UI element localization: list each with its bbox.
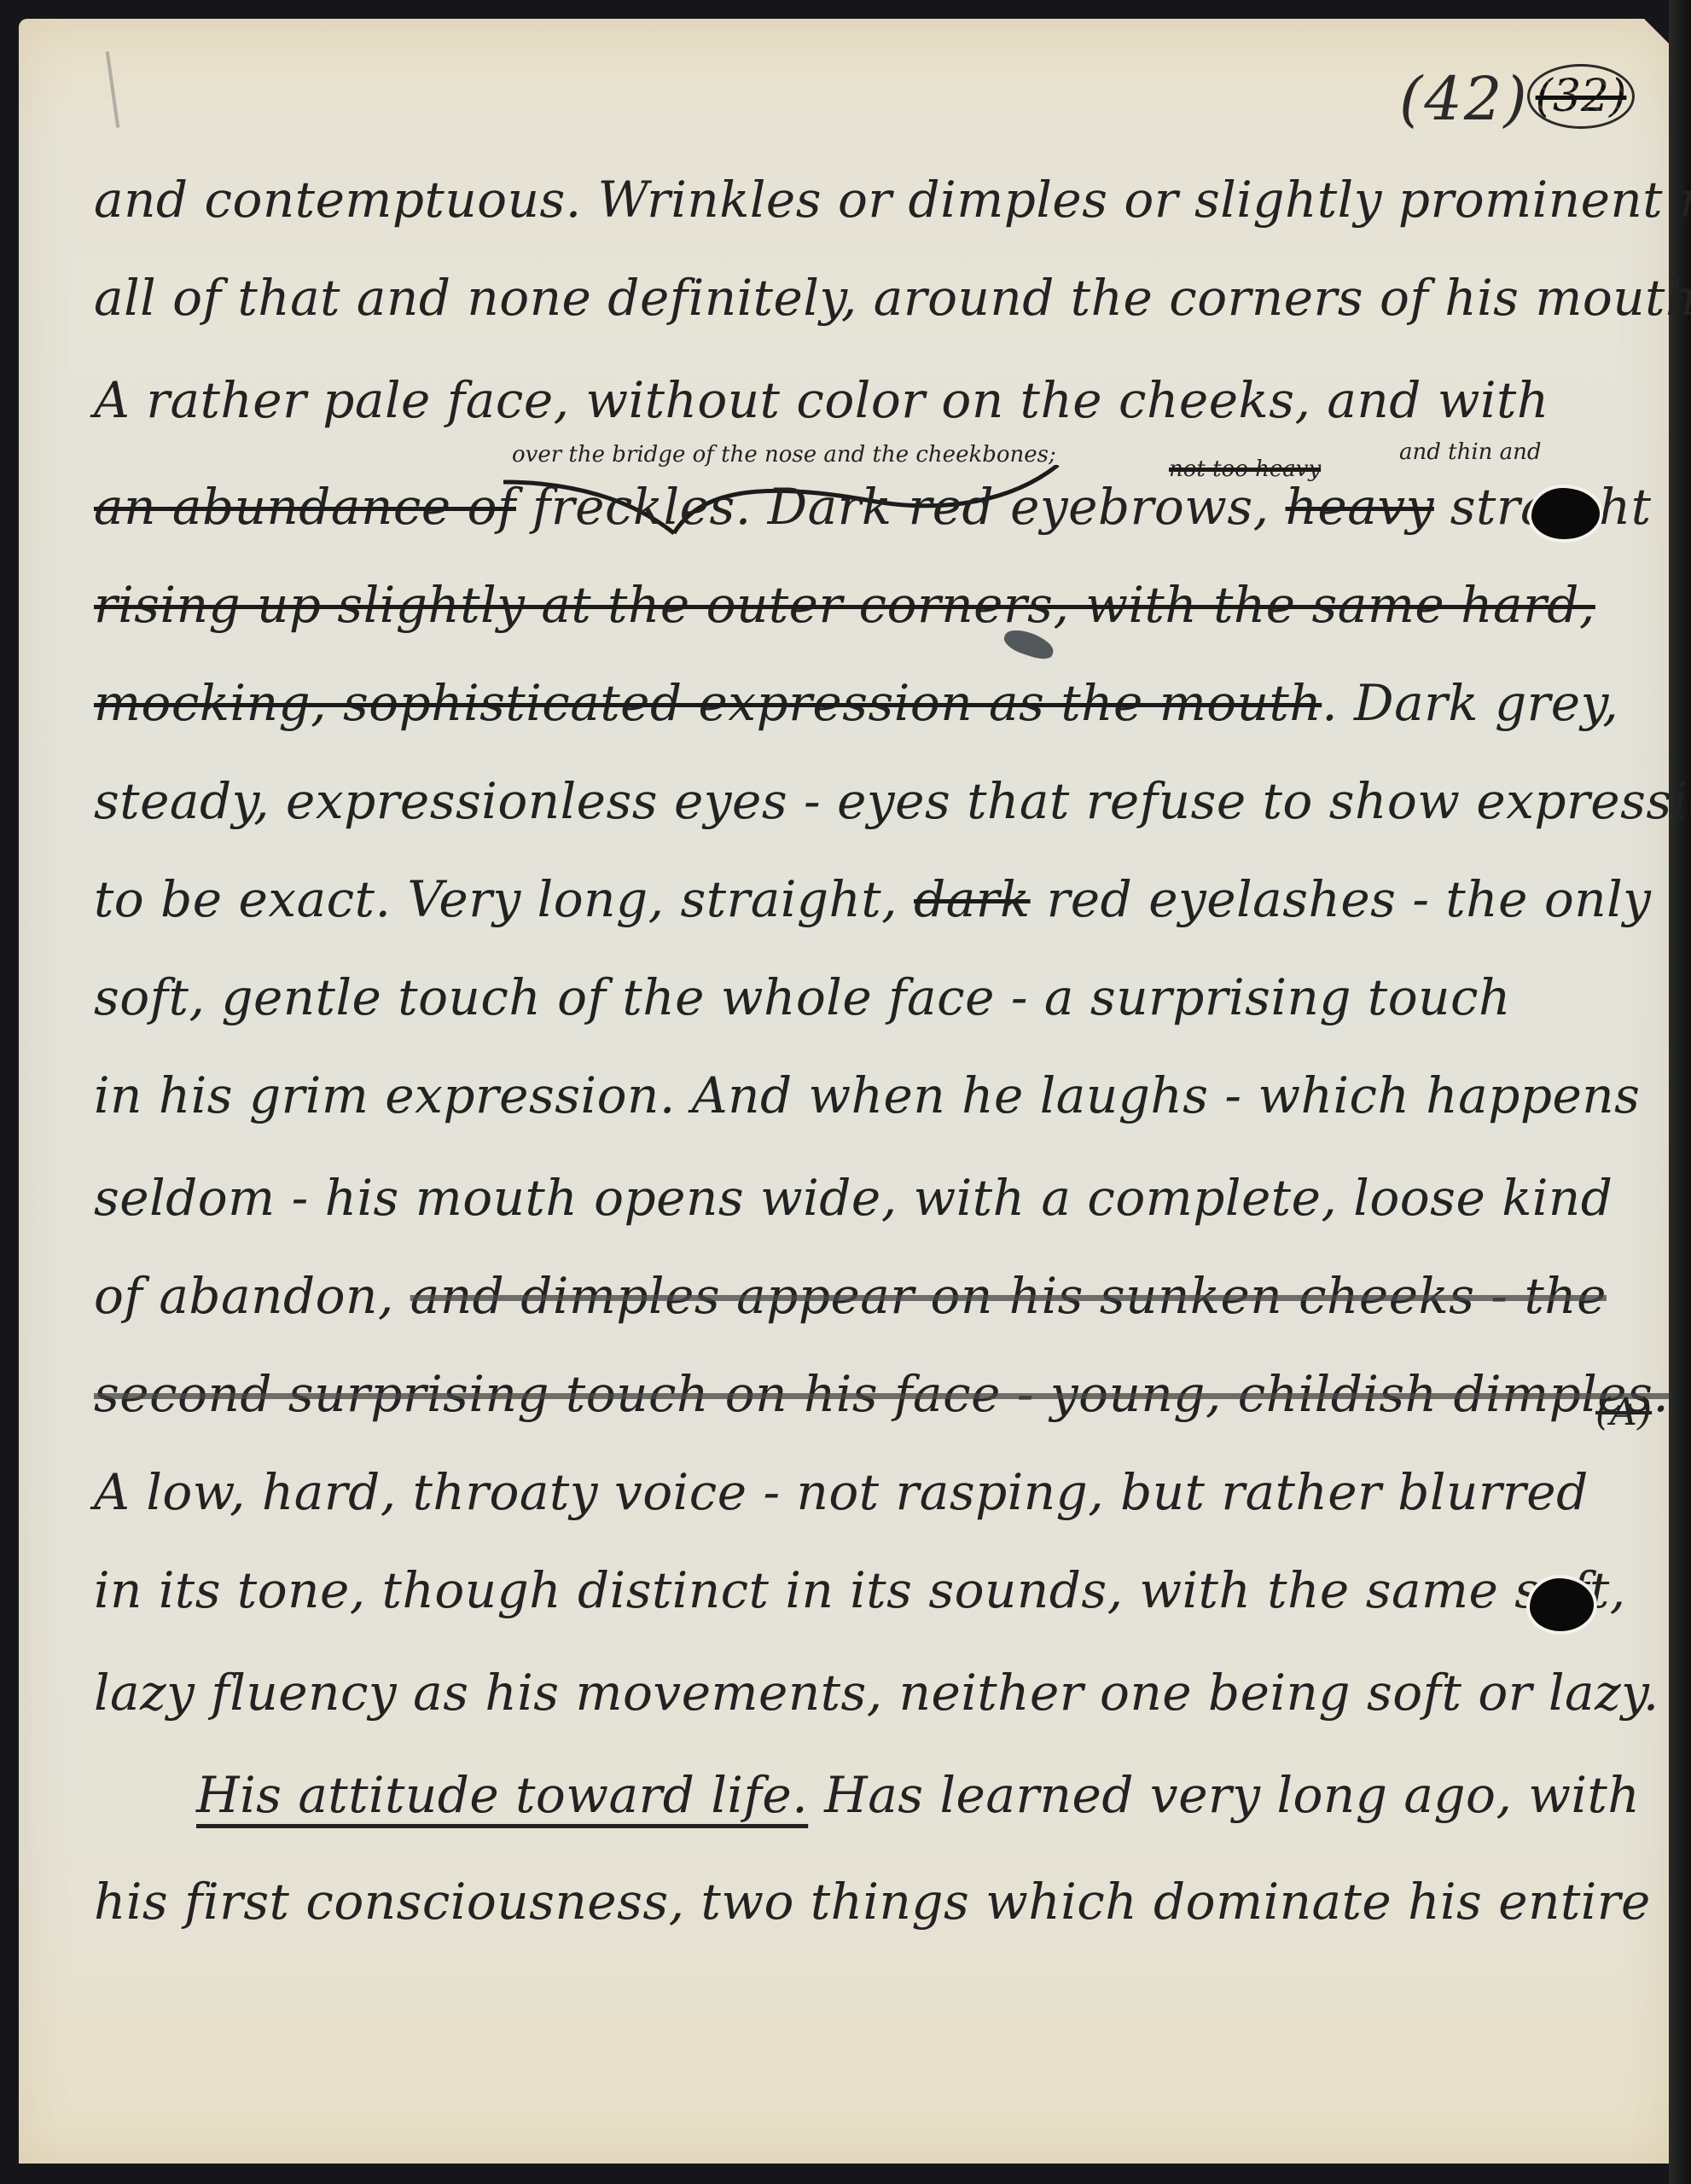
manuscript-line-15: in its tone, though distinct in its soun… [94, 1561, 1630, 1619]
manuscript-line-11: seldom - his mouth opens wide, with a co… [94, 1169, 1630, 1227]
paper-hole [1530, 1578, 1594, 1631]
page-number: (42) [1399, 64, 1529, 134]
line-text: to be exact. Very long, straight, [94, 870, 898, 928]
manuscript-line-13: second surprising touch on his face - yo… [94, 1365, 1630, 1423]
manuscript-line-1: and contemptuous. Wrinkles or dimples or… [94, 171, 1630, 229]
struck-text: rising up slightly at the outer corners,… [94, 576, 1595, 634]
struck-text: heavy [1286, 478, 1434, 536]
manuscript-line-5: rising up slightly at the outer corners,… [94, 576, 1630, 634]
manuscript-line-14: A low, hard, throaty voice - not rasping… [94, 1463, 1630, 1521]
line-text: . Dark grey, [1322, 674, 1618, 732]
line-text: A low, hard, throaty voice - not rasping… [94, 1463, 1589, 1521]
line-text: steady, expressionless eyes - eyes that … [94, 772, 1691, 830]
manuscript-line-7: steady, expressionless eyes - eyes that … [94, 772, 1630, 830]
line-text: A rather pale face, without color on the… [94, 371, 1549, 429]
struck-text: mocking, sophisticated expression as the… [94, 674, 1322, 732]
struck-text: an abundance of [94, 478, 516, 536]
line-text: lazy fluency as his movements, neither o… [94, 1664, 1659, 1722]
insertion-and-thin: and thin and [1399, 439, 1542, 465]
crossed-out-page-number: (32) [1527, 64, 1635, 129]
line-text: in its tone, though distinct in its soun… [94, 1561, 1626, 1619]
manuscript-line-9: soft, gentle touch of the whole face - a… [94, 968, 1630, 1026]
struck-text: dark [914, 870, 1031, 928]
struck-text: and dimples appear on his sunken cheeks … [410, 1267, 1607, 1325]
line-text: soft, gentle touch of the whole face - a… [94, 968, 1511, 1026]
paper-hole [1531, 488, 1600, 539]
line-text: and contemptuous. Wrinkles or dimples or… [94, 171, 1691, 229]
manuscript-line-6: mocking, sophisticated expression as the… [94, 674, 1630, 732]
manuscript-line-3: A rather pale face, without color on the… [94, 371, 1630, 429]
binding-edge [1669, 0, 1691, 2184]
manuscript-line-16: lazy fluency as his movements, neither o… [94, 1664, 1630, 1722]
manuscript-line-10: in his grim expression. And when he laug… [94, 1066, 1630, 1124]
insertion-over-freckles: over the bridge of the nose and the chee… [512, 442, 1056, 468]
manuscript-line-17: His attitude toward life. Has learned ve… [196, 1766, 1691, 1824]
line-text: freckles. Dark red eyebrows, [532, 478, 1270, 536]
manuscript-line-12: of abandon, and dimples appear on his su… [94, 1267, 1630, 1325]
line-text: of abandon, [94, 1267, 394, 1325]
margin-note: (A) [1595, 1391, 1652, 1434]
manuscript-line-4: an abundance of freckles. Dark red eyebr… [94, 478, 1630, 536]
line-text: red eyelashes - the only [1047, 870, 1652, 928]
line-text: his first consciousness, two things whic… [94, 1873, 1651, 1931]
struck-text: second surprising touch on his face - yo… [94, 1365, 1669, 1423]
manuscript-line-18: his first consciousness, two things whic… [94, 1873, 1630, 1931]
line-text: all of that and none definitely, around … [94, 269, 1691, 327]
line-text: seldom - his mouth opens wide, with a co… [94, 1169, 1613, 1227]
manuscript-line-2: all of that and none definitely, around … [94, 269, 1630, 327]
section-heading: His attitude toward life. [196, 1766, 808, 1824]
line-text: Has learned very long ago, with [824, 1766, 1640, 1824]
manuscript-line-8: to be exact. Very long, straight, dark r… [94, 870, 1630, 928]
line-text: in his grim expression. And when he laug… [94, 1066, 1640, 1124]
